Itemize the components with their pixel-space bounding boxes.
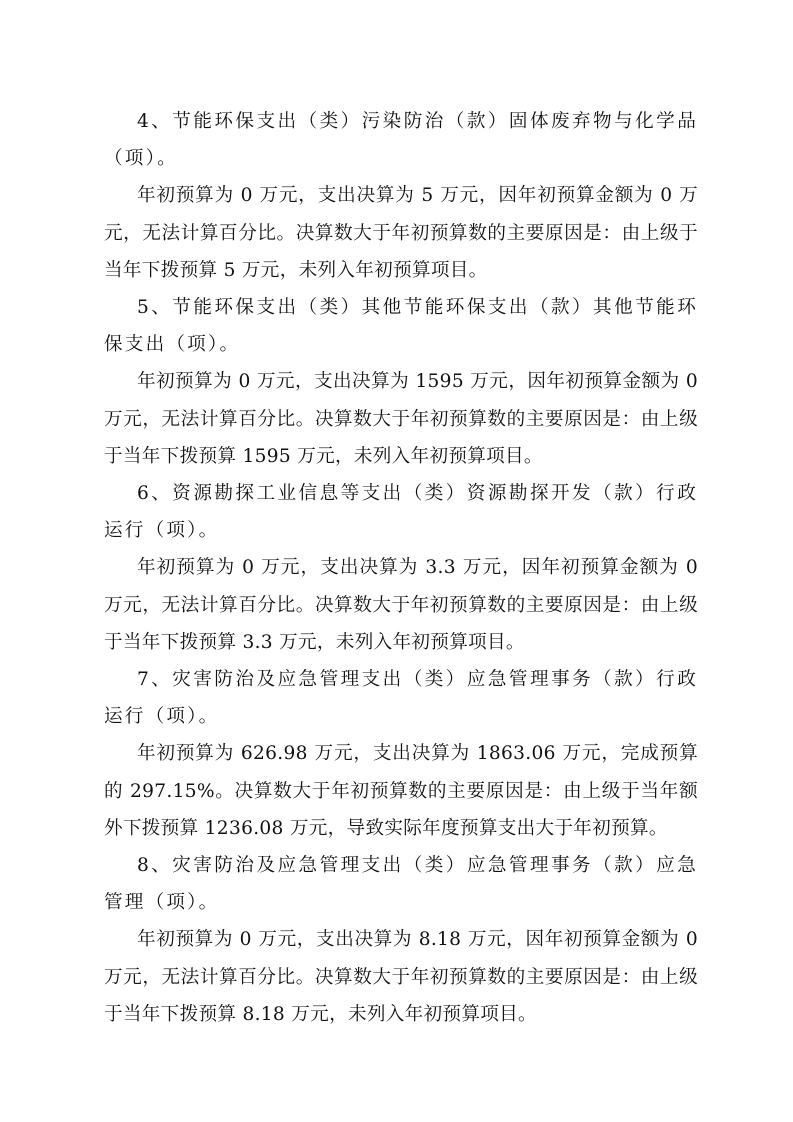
section-8-body: 年初预算为 0 万元，支出决算为 8.18 万元，因年初预算金额为 0 万元，无… — [104, 921, 698, 1033]
section-6-heading: 6、资源勘探工业信息等支出（类）资源勘探开发（款）行政运行（项）。 — [104, 475, 698, 549]
section-6-body: 年初预算为 0 万元，支出决算为 3.3 万元，因年初预算金额为 0 万元，无法… — [104, 549, 698, 661]
section-4-body: 年初预算为 0 万元，支出决算为 5 万元，因年初预算金额为 0 万元，无法计算… — [104, 177, 698, 289]
document-page: 4、节能环保支出（类）污染防治（款）固体废弃物与化学品（项）。 年初预算为 0 … — [104, 103, 698, 1033]
section-5-heading: 5、节能环保支出（类）其他节能环保支出（款）其他节能环保支出（项）。 — [104, 289, 698, 363]
section-5-body: 年初预算为 0 万元，支出决算为 1595 万元，因年初预算金额为 0 万元，无… — [104, 363, 698, 475]
section-7-heading: 7、灾害防治及应急管理支出（类）应急管理事务（款）行政运行（项）。 — [104, 661, 698, 735]
section-4-heading: 4、节能环保支出（类）污染防治（款）固体废弃物与化学品（项）。 — [104, 103, 698, 177]
section-8-heading: 8、灾害防治及应急管理支出（类）应急管理事务（款）应急管理（项）。 — [104, 847, 698, 921]
section-7-body: 年初预算为 626.98 万元，支出决算为 1863.06 万元，完成预算的 2… — [104, 735, 698, 847]
